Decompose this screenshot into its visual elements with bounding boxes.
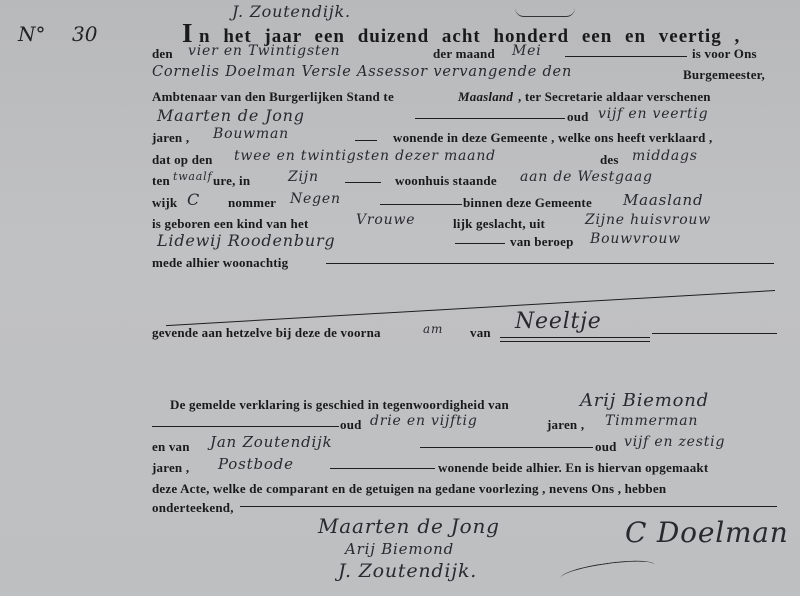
hw-municipality: Maasland [623,191,703,209]
text-oud3: oud [595,439,617,455]
text-oud2: oud [340,417,362,433]
text-den: den [152,46,173,62]
text-wonende-beide: wonende beide alhier. En is hiervan opge… [438,460,708,476]
text-jaren3: jaren , [152,460,189,476]
hw-location: aan de Westgaag [520,169,653,185]
underline-1 [500,337,650,338]
register-page: J. Zoutendijk. N° 30 I n het jaar een du… [0,0,800,596]
text-van: van [470,325,491,341]
blank-line [152,426,339,427]
text-des: des [600,152,619,168]
hw-declarant-occupation: Bouwman [213,126,289,142]
text-de-gemelde: De gemelde verklaring is geschied in teg… [170,397,509,413]
hw-witness2-name: Jan Zoutendijk [210,433,332,451]
hw-house-number: Negen [290,191,341,207]
hw-time-of-day: middags [632,148,698,164]
hw-hour: twaalf [173,170,212,183]
hw-mother-relation: Zijne huisvrouw [585,212,711,228]
hw-witness1-age: drie en vijftig [370,413,478,429]
blank-line [380,204,462,205]
blank-line [330,468,435,469]
text-ambtenaar: Ambtenaar van den Burgerlijken Stand te [152,89,394,105]
top-flourish [515,8,575,17]
blank-line [240,506,777,507]
hw-declarant-age: vijf en veertig [598,106,708,122]
text-nommer: nommer [228,195,276,211]
text-lijk-geslacht: lijk geslacht, uit [453,216,545,232]
hw-voornaam-suffix: am [423,322,443,336]
text-en-van: en van [152,439,190,455]
text-binnen: binnen deze Gemeente [463,195,592,211]
text-dat-op-den: dat op den [152,152,213,168]
hw-witness2-occupation: Postbode [218,455,294,473]
blank-line [455,243,505,244]
blank-line [420,447,593,448]
text-jaren2: jaren , [547,417,584,433]
hw-witness1-name: Arij Biemond [580,390,709,411]
text-burgemeester: Burgemeester, [683,67,765,83]
top-signature-zoutendijk: J. Zoutendijk. [232,2,351,21]
hw-sex: Vrouwe [356,212,415,228]
hw-witness1-occupation: Timmerman [605,413,698,429]
text-van-beroep: van beroep [510,234,574,250]
blank-line [345,182,381,183]
text-woonhuis: woonhuis staande [395,173,497,189]
hw-declarant-name: Maarten de Jong [157,106,305,125]
text-is-voor-ons: is voor Ons [692,46,757,62]
record-number-label: N° [18,22,46,46]
blank-line [326,263,774,264]
hw-mother-name: Lidewij Roodenburg [157,231,335,250]
blank-line [652,333,777,334]
text-mede-alhier: mede alhier woonachtig [152,255,288,271]
signature-witness2: J. Zoutendijk. [338,560,477,582]
hw-month: Mei [512,43,542,59]
blank-line [565,56,687,57]
strike-line [166,290,775,326]
hw-wijk: C [187,190,200,209]
blank-line [355,140,377,141]
hw-official: Cornelis Doelman Versle Assessor vervang… [152,64,572,80]
text-maasland: Maasland [458,89,513,105]
hw-whose-house: Zijn [288,169,319,185]
text-der-maand: der maand [433,46,495,62]
text-ter-secretarie: , ter Secretarie aldaar verschenen [518,89,711,105]
hw-birth-day: twee en twintigsten dezer maand [234,148,496,164]
text-wonende: wonende in deze Gemeente , welke ons hee… [393,130,713,146]
hw-day: vier en Twintigsten [188,43,340,59]
hw-child-name: Neeltje [515,309,602,334]
text-deze-acte: deze Acte, welke de comparant en de getu… [152,481,666,497]
text-ten: ten [152,173,170,189]
record-number: 30 [72,22,97,46]
text-is-geboren: is geboren een kind van het [152,216,309,232]
underline-2 [500,341,650,342]
text-onderteekend: onderteekend, [152,500,234,516]
hw-mother-occupation: Bouwvrouw [590,231,681,247]
signature-declarant: Maarten de Jong [318,514,500,538]
hw-witness2-age: vijf en zestig [624,434,725,450]
text-wijk: wijk [152,195,177,211]
signature-official: C Doelman [625,516,789,549]
blank-line [415,118,565,119]
text-oud: oud [567,109,589,125]
text-gevende: gevende aan hetzelve bij deze de voorna [152,325,381,341]
text-ure-in: ure, in [213,173,250,189]
signature-flourish [559,556,655,586]
text-jaren: jaren , [152,130,189,146]
signature-witness1: Arij Biemond [345,540,454,558]
